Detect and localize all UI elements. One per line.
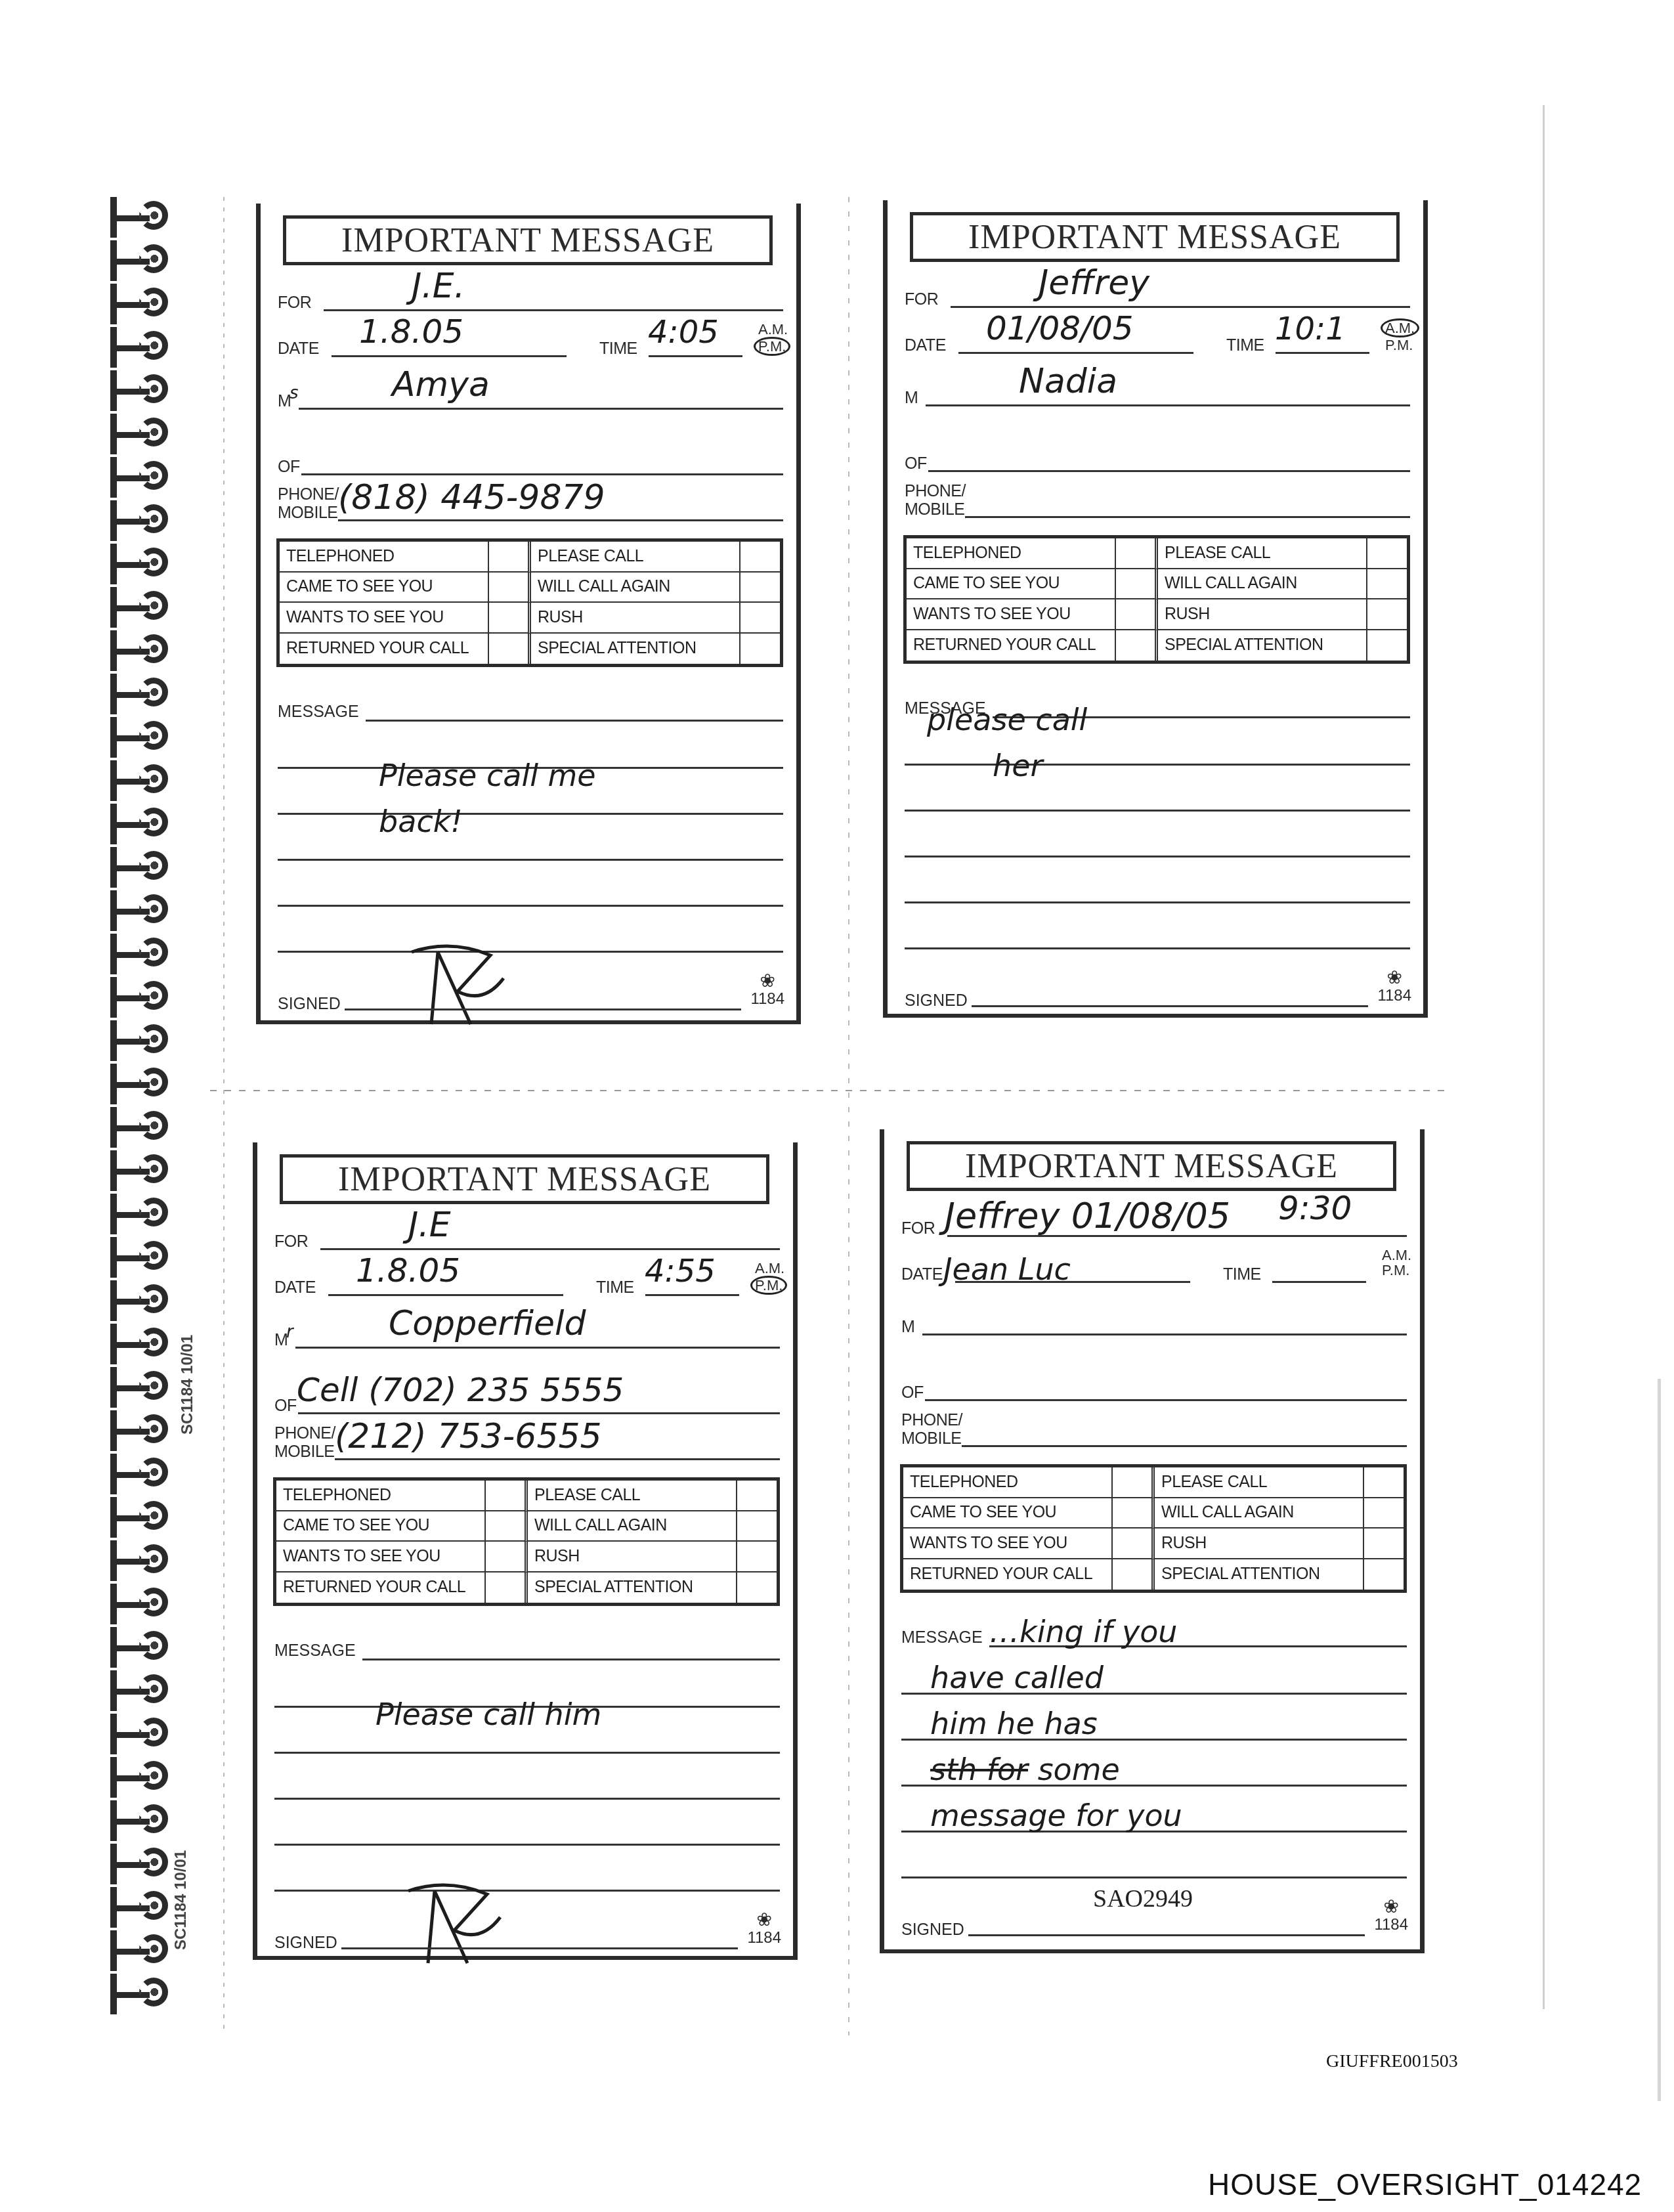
for-label: FOR: [274, 1234, 308, 1250]
spiral-coil: [98, 674, 177, 700]
slip-title-box: IMPORTANT MESSAGE: [283, 215, 773, 265]
for-label: FOR: [278, 295, 311, 311]
form-number-text: 1184: [1377, 987, 1411, 1005]
checkbox[interactable]: [737, 1481, 777, 1511]
checkbox[interactable]: [1364, 1498, 1404, 1529]
spiral-coil: [98, 414, 177, 440]
caller-label: M: [905, 390, 918, 406]
checkbox-label: PLEASE CALL: [1155, 1467, 1364, 1498]
phone-line: [338, 519, 783, 521]
checkbox-label: WILL CALL AGAIN: [1155, 1498, 1364, 1529]
spiral-coil: [98, 500, 177, 527]
slip-title-box: IMPORTANT MESSAGE: [907, 1141, 1396, 1191]
date-line: [328, 1294, 563, 1296]
time-value: 4:05: [648, 316, 719, 348]
spiral-coil: [98, 1670, 177, 1697]
spiral-coil: [98, 630, 177, 657]
spiral-binding: [98, 197, 177, 2022]
phone-label-2: MOBILE: [278, 505, 337, 521]
checkbox-label: RUSH: [1158, 599, 1367, 630]
phone-label-2: MOBILE: [274, 1444, 334, 1460]
pm-label: P.M.: [1385, 337, 1419, 353]
phone-value: (212) 753-6555: [335, 1420, 602, 1454]
signed-label: SIGNED: [278, 995, 341, 1014]
signature-scribble: [392, 939, 523, 1031]
date-label: DATE: [901, 1267, 943, 1283]
checkbox[interactable]: [486, 1542, 528, 1572]
pm-label: P.M.: [1382, 1263, 1411, 1278]
spiral-coil: [98, 1497, 177, 1523]
caller-value: Copperfield: [389, 1307, 586, 1341]
time-value: 4:55: [645, 1255, 716, 1287]
checkbox[interactable]: [1113, 1467, 1155, 1498]
checkbox[interactable]: [486, 1511, 528, 1542]
spiral-coil: [98, 1844, 177, 1870]
for-field: FOR: [905, 272, 1410, 312]
spiral-coil: [98, 1150, 177, 1177]
of-label: OF: [278, 459, 300, 475]
message-type-checkboxes: TELEPHONEDPLEASE CALLCAME TO SEE YOUWILL…: [276, 538, 783, 667]
time-line: [1272, 1281, 1366, 1283]
form-number-text: 1184: [747, 1929, 781, 1947]
for-line: [320, 1248, 780, 1250]
checkbox[interactable]: [1116, 630, 1158, 661]
checkbox-label: RETURNED YOUR CALL: [907, 630, 1116, 661]
center-perforation: [848, 197, 849, 2035]
spiral-coil: [98, 717, 177, 743]
spiral-coil: [98, 1627, 177, 1653]
for-value: Jeffrey 01/08/05: [945, 1198, 1230, 1234]
message-slip-3: IMPORTANT MESSAGEFORJ.EDATETIMEA.M.P.M.1…: [253, 1142, 798, 1960]
checkbox[interactable]: [1113, 1529, 1155, 1559]
time-label: TIME: [1226, 337, 1264, 354]
checkbox-label: WILL CALL AGAIN: [531, 573, 740, 603]
am-label: A.M.: [758, 322, 790, 337]
form-number: ❀1184: [750, 972, 784, 1007]
checkbox[interactable]: [489, 542, 531, 573]
slip-title: IMPORTANT MESSAGE: [338, 1160, 711, 1199]
signature-scribble: [389, 1878, 520, 1970]
checkbox-label: RUSH: [1155, 1529, 1364, 1559]
message-slip-2: IMPORTANT MESSAGEFORJeffreyDATETIMEA.M.P…: [883, 200, 1428, 1018]
checkbox-label: TELEPHONED: [907, 538, 1116, 569]
slip-title-box: IMPORTANT MESSAGE: [910, 212, 1400, 262]
time-value: 10:1: [1275, 313, 1346, 345]
of-value: Cell (702) 235 5555: [297, 1374, 624, 1406]
binding-print-bottom: SC1184 10/01: [172, 1850, 190, 1950]
message-line: [278, 951, 783, 953]
phone-label-2: MOBILE: [901, 1431, 961, 1447]
message-line: [278, 813, 783, 815]
phone-field: PHONE/MOBILE: [901, 1405, 1407, 1451]
spiral-coil: [98, 1237, 177, 1263]
of-label: OF: [274, 1398, 297, 1414]
phone-value: (818) 445-9879: [338, 481, 605, 515]
checkbox-label: WILL CALL AGAIN: [528, 1511, 737, 1542]
date-label: DATE: [274, 1280, 316, 1296]
checkbox-label: RETURNED YOUR CALL: [903, 1559, 1113, 1590]
phone-label-1: PHONE/: [274, 1425, 335, 1442]
spiral-coil: [98, 1020, 177, 1047]
spiral-coil: [98, 1757, 177, 1783]
am-label: A.M.: [1382, 1247, 1411, 1263]
date-value: Jean Luc: [943, 1254, 1071, 1284]
checkbox-label: WANTS TO SEE YOU: [276, 1542, 486, 1572]
form-number-text: 1184: [1374, 1916, 1408, 1934]
page-edge: [1543, 105, 1545, 2009]
message-line: [278, 905, 783, 907]
message-text-line: sth for some: [930, 1754, 1120, 1785]
checkbox[interactable]: [1364, 1467, 1404, 1498]
pm-label: P.M.: [750, 1276, 787, 1295]
middle-perforation: [210, 1090, 1444, 1091]
signed-line: [968, 1934, 1365, 1936]
checkbox[interactable]: [1113, 1498, 1155, 1529]
caller-line: [926, 404, 1410, 406]
checkbox-label: TELEPHONED: [276, 1481, 486, 1511]
spiral-coil: [98, 1930, 177, 1957]
checkbox[interactable]: [486, 1481, 528, 1511]
house-oversight-bates-number: HOUSE_OVERSIGHT_014242: [1208, 2167, 1642, 2202]
spiral-coil: [98, 1714, 177, 1740]
caller-value: Nadia: [1019, 364, 1117, 399]
checkbox[interactable]: [489, 634, 531, 664]
message-line: [362, 1659, 780, 1660]
adams-logo-icon: ❀: [1377, 968, 1411, 987]
checkbox-label: PLEASE CALL: [1158, 538, 1367, 569]
checkbox-label: RETURNED YOUR CALL: [276, 1572, 486, 1603]
time-label: TIME: [596, 1280, 634, 1296]
checkbox[interactable]: [489, 573, 531, 603]
for-value: J.E: [408, 1208, 451, 1242]
for-field: FOR: [274, 1215, 780, 1254]
am-label: A.M.: [1381, 318, 1419, 337]
caller-line: [299, 408, 783, 410]
checkbox[interactable]: [740, 542, 780, 573]
spiral-coil: [98, 327, 177, 353]
phone-label-1: PHONE/: [905, 483, 966, 500]
message-text-line: Please call him: [376, 1699, 601, 1729]
checkbox-label: RUSH: [531, 603, 740, 634]
spiral-coil: [98, 1584, 177, 1610]
message-line: [274, 1798, 780, 1800]
message-text-line: her: [993, 750, 1042, 781]
spiral-coil: [98, 1540, 177, 1567]
message-label: MESSAGE: [278, 703, 359, 722]
phone-line: [335, 1458, 780, 1460]
for-label: FOR: [905, 292, 938, 308]
date-value: 01/08/05: [986, 312, 1134, 345]
spiral-coil: [98, 1280, 177, 1307]
message-slip-1: IMPORTANT MESSAGEFORJ.E.DATETIMEA.M.P.M.…: [256, 204, 801, 1024]
binding-print-top: SC1184 10/01: [179, 1335, 197, 1435]
spiral-coil: [98, 240, 177, 267]
spiral-coil: [98, 977, 177, 1003]
checkbox[interactable]: [1367, 630, 1407, 661]
spiral-coil: [98, 587, 177, 613]
phone-label-1: PHONE/: [278, 487, 339, 503]
spiral-coil: [98, 544, 177, 570]
spiral-coil: [98, 1107, 177, 1133]
message-line: [905, 810, 1410, 812]
signed-label: SIGNED: [274, 1934, 337, 1953]
pm-label: P.M.: [754, 337, 790, 356]
checkbox[interactable]: [1364, 1559, 1404, 1590]
checkbox-label: SPECIAL ATTENTION: [1155, 1559, 1364, 1590]
checkbox[interactable]: [1116, 569, 1158, 600]
checkbox-label: SPECIAL ATTENTION: [528, 1572, 737, 1603]
message-type-checkboxes: TELEPHONEDPLEASE CALLCAME TO SEE YOUWILL…: [903, 535, 1410, 664]
of-field: OF: [901, 1366, 1407, 1405]
spiral-coil: [98, 284, 177, 310]
caller-label: M: [901, 1319, 914, 1335]
for-extra-value: 9:30: [1278, 1192, 1352, 1225]
slip-title: IMPORTANT MESSAGE: [965, 1147, 1338, 1186]
signed-line: [972, 1005, 1368, 1007]
caller-field: M: [905, 371, 1410, 410]
checkbox[interactable]: [737, 1511, 777, 1542]
checkbox[interactable]: [737, 1542, 777, 1572]
checkbox[interactable]: [1367, 599, 1407, 630]
phone-label-2: MOBILE: [905, 502, 964, 518]
phone-field: PHONE/MOBILE: [905, 476, 1410, 522]
caller-field: M: [278, 374, 783, 414]
of-field: OF: [278, 440, 783, 479]
signed-label: SIGNED: [901, 1920, 964, 1940]
message-text-line: Please call me: [379, 760, 596, 791]
time-label: TIME: [599, 341, 637, 357]
checkbox-label: WANTS TO SEE YOU: [907, 599, 1116, 630]
spiral-coil: [98, 197, 177, 223]
checkbox-label: WANTS TO SEE YOU: [280, 603, 489, 634]
message-text-line: please call: [927, 705, 1087, 735]
spiral-coil: [98, 804, 177, 830]
form-number: ❀1184: [1374, 1898, 1408, 1933]
phone-label-1: PHONE/: [901, 1412, 962, 1429]
of-field: OF: [905, 437, 1410, 476]
checkbox[interactable]: [1116, 599, 1158, 630]
adams-logo-icon: ❀: [747, 1911, 781, 1929]
message-line: [905, 901, 1410, 903]
checkbox-label: TELEPHONED: [903, 1467, 1113, 1498]
form-number: ❀1184: [1377, 968, 1411, 1004]
message-line: [366, 720, 783, 722]
spiral-coil: [98, 370, 177, 397]
page-margin-line: [223, 197, 225, 2035]
for-field: FOR: [278, 276, 783, 315]
checkbox-label: RUSH: [528, 1542, 737, 1572]
message-text-line: …king if you: [989, 1616, 1178, 1647]
checkbox[interactable]: [1364, 1529, 1404, 1559]
spiral-coil: [98, 1324, 177, 1350]
caller-value: Amya: [392, 368, 490, 402]
struck-text: sth for: [930, 1752, 1028, 1787]
checkbox-label: CAME TO SEE YOU: [903, 1498, 1113, 1529]
adams-logo-icon: ❀: [1374, 1898, 1408, 1916]
am-pm-indicator: A.M.P.M.: [1382, 1247, 1411, 1278]
adams-logo-icon: ❀: [750, 972, 784, 990]
message-text-line: have called: [930, 1662, 1104, 1693]
checkbox-label: SPECIAL ATTENTION: [1158, 630, 1367, 661]
spiral-coil: [98, 457, 177, 483]
checkbox[interactable]: [740, 573, 780, 603]
checkbox[interactable]: [1367, 538, 1407, 569]
message-label: MESSAGE: [274, 1641, 356, 1660]
checkbox[interactable]: [740, 634, 780, 664]
checkbox-label: TELEPHONED: [280, 542, 489, 573]
message-label: MESSAGE: [901, 1628, 983, 1647]
of-line: [301, 473, 783, 475]
of-line: [928, 470, 1410, 472]
time-line: [1276, 352, 1369, 354]
stamp-number: SAO2949: [1093, 1884, 1193, 1913]
spiral-coil: [98, 847, 177, 873]
time-line: [645, 1294, 739, 1296]
spiral-coil: [98, 1800, 177, 1827]
for-value: J.E.: [412, 269, 465, 303]
message-text-line: back!: [379, 806, 463, 836]
page-edge-shadow: [1658, 1379, 1661, 2101]
checkbox[interactable]: [1367, 569, 1407, 600]
form-number-text: 1184: [750, 990, 784, 1008]
date-label: DATE: [905, 337, 946, 354]
spiral-coil: [98, 890, 177, 917]
spiral-coil: [98, 1194, 177, 1220]
slip-title-box: IMPORTANT MESSAGE: [280, 1154, 769, 1204]
spiral-coil: [98, 1887, 177, 1913]
spiral-coil: [98, 1974, 177, 2000]
for-label: FOR: [901, 1221, 935, 1237]
form-number: ❀1184: [747, 1911, 781, 1946]
giuffre-bates-number: GIUFFRE001503: [1326, 2051, 1458, 2072]
checkbox-label: CAME TO SEE YOU: [280, 573, 489, 603]
message-line: [274, 1844, 780, 1846]
spiral-coil: [98, 760, 177, 787]
caller-prefix: r: [286, 1324, 293, 1341]
message-slip-4: IMPORTANT MESSAGEFORJeffrey 01/08/059:30…: [880, 1129, 1425, 1953]
of-line: [298, 1412, 780, 1414]
am-pm-indicator: A.M.P.M.: [1385, 318, 1419, 353]
date-value: 1.8.05: [356, 1254, 460, 1287]
message-line: [901, 1876, 1407, 1878]
message-text-line: him he has: [930, 1708, 1098, 1739]
date-line: [332, 355, 567, 357]
for-value: Jeffrey: [1039, 266, 1149, 300]
checkbox[interactable]: [1116, 538, 1158, 569]
checkbox-label: PLEASE CALL: [531, 542, 740, 573]
checkbox[interactable]: [737, 1572, 777, 1603]
date-label: DATE: [278, 341, 319, 357]
checkbox-label: CAME TO SEE YOU: [907, 569, 1116, 600]
of-line: [925, 1399, 1407, 1401]
time-line: [649, 355, 742, 357]
spiral-coil: [98, 934, 177, 960]
checkbox-label: WILL CALL AGAIN: [1158, 569, 1367, 600]
message-line: [905, 947, 1410, 949]
of-label: OF: [901, 1385, 924, 1401]
date-value: 1.8.05: [359, 315, 463, 348]
slip-title: IMPORTANT MESSAGE: [341, 221, 714, 260]
date-line: [958, 352, 1193, 354]
slip-title: IMPORTANT MESSAGE: [968, 218, 1341, 257]
message-line: [905, 856, 1410, 857]
message-line: [274, 1752, 780, 1754]
for-line: [951, 306, 1410, 308]
checkbox[interactable]: [489, 603, 531, 634]
checkbox[interactable]: [486, 1572, 528, 1603]
for-line: [324, 309, 783, 311]
spiral-coil: [98, 1454, 177, 1480]
message-line: [905, 764, 1410, 766]
spiral-coil: [98, 1410, 177, 1437]
checkbox-label: CAME TO SEE YOU: [276, 1511, 486, 1542]
caller-field: M: [901, 1300, 1407, 1339]
am-pm-indicator: A.M.P.M.: [758, 322, 790, 356]
am-pm-indicator: A.M.P.M.: [755, 1261, 787, 1295]
spiral-coil: [98, 1367, 177, 1393]
am-label: A.M.: [755, 1261, 787, 1276]
signed-label: SIGNED: [905, 991, 968, 1010]
spiral-coil: [98, 1064, 177, 1090]
time-label: TIME: [1223, 1267, 1261, 1283]
message-text-line: message for you: [930, 1800, 1182, 1831]
signed-line: [341, 1947, 738, 1949]
caller-line: [922, 1334, 1407, 1335]
checkbox-label: PLEASE CALL: [528, 1481, 737, 1511]
of-label: OF: [905, 456, 927, 472]
message-line: [274, 1890, 780, 1892]
checkbox[interactable]: [740, 603, 780, 634]
caller-prefix: s: [290, 385, 299, 402]
phone-line: [965, 516, 1410, 518]
message-type-checkboxes: TELEPHONEDPLEASE CALLCAME TO SEE YOUWILL…: [273, 1477, 780, 1606]
signed-line: [345, 1008, 741, 1010]
checkbox-label: WANTS TO SEE YOU: [903, 1529, 1113, 1559]
phone-line: [962, 1445, 1407, 1447]
checkbox[interactable]: [1113, 1559, 1155, 1590]
caller-line: [295, 1347, 780, 1349]
message-line: [278, 859, 783, 861]
checkbox-label: RETURNED YOUR CALL: [280, 634, 489, 664]
message-type-checkboxes: TELEPHONEDPLEASE CALLCAME TO SEE YOUWILL…: [900, 1464, 1407, 1593]
checkbox-label: SPECIAL ATTENTION: [531, 634, 740, 664]
